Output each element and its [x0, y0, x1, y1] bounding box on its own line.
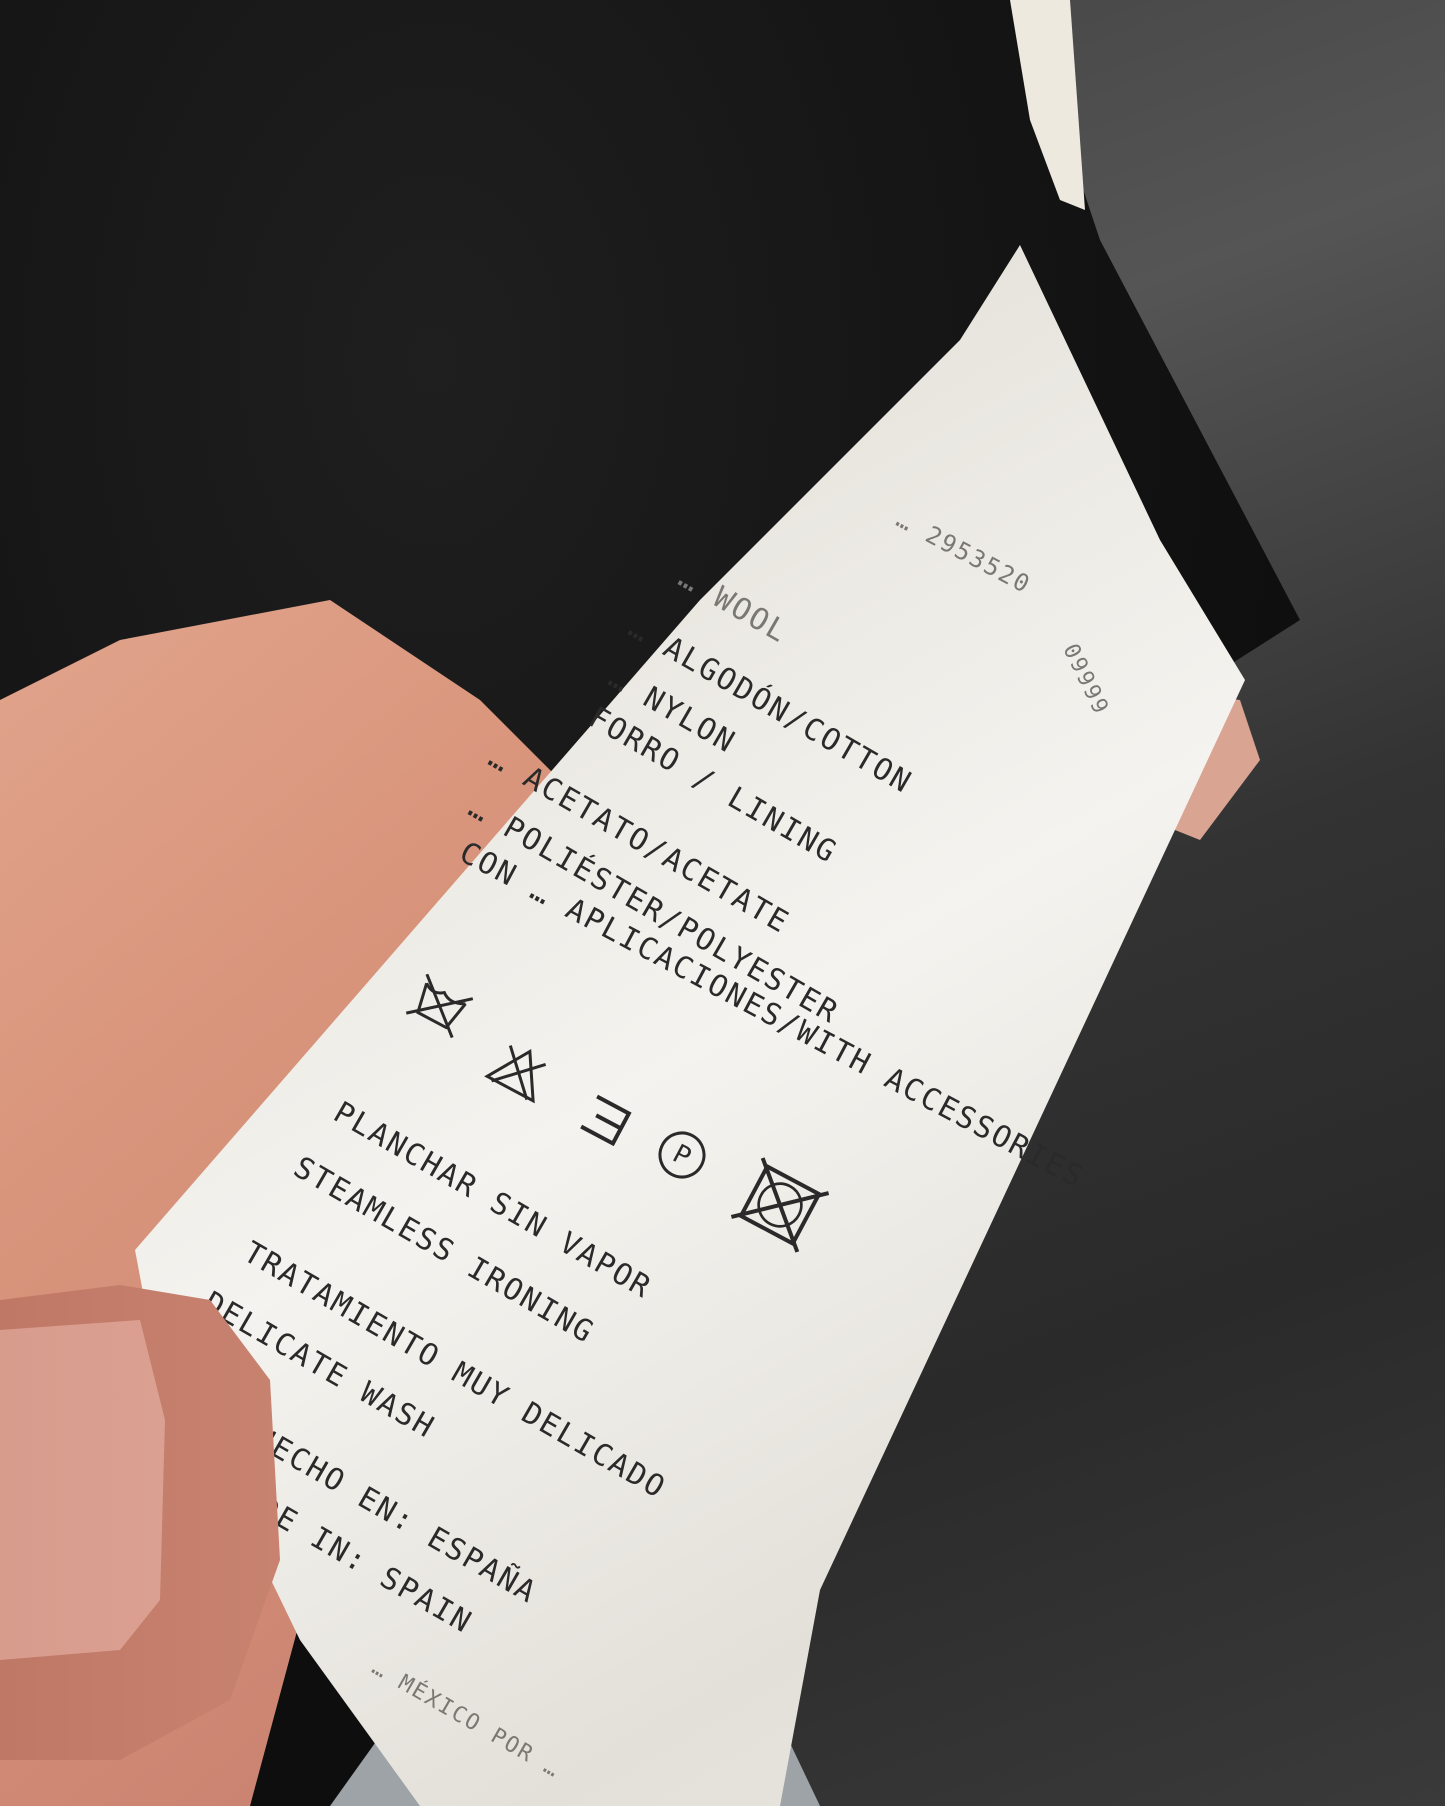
svg-text:P: P — [668, 1139, 696, 1173]
